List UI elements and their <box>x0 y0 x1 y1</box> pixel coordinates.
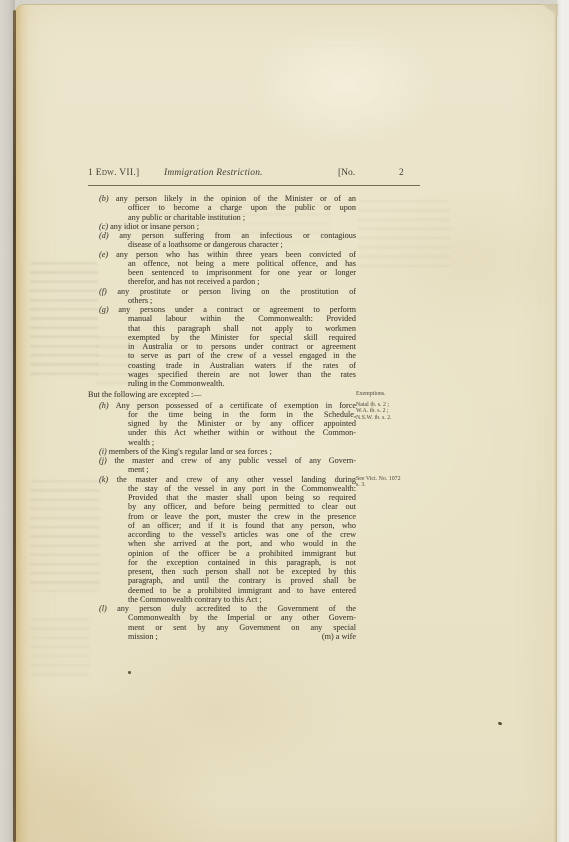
statute-line: (e) any person who has within three year… <box>88 250 356 259</box>
paragraph-label: (c) <box>99 222 110 231</box>
paragraph-label: (d) <box>99 231 119 240</box>
scanned-document-photo: 1 Edw. VII.] Immigration Restriction. [N… <box>0 0 569 842</box>
statute-line: for the time being in the form in the Sc… <box>88 410 356 419</box>
statute-line: according to the vessel's articles was o… <box>88 530 356 539</box>
statute-line: paragraph, and until the contrary is pro… <box>88 576 356 585</box>
statute-line: (i) members of the King's regular land o… <box>88 447 356 456</box>
statute-paragraph: (k) the master and crew of any other ves… <box>88 475 356 605</box>
paragraph-label: (f) <box>99 287 117 296</box>
statute-paragraph: (l) any person duly accredited to the Go… <box>88 604 356 641</box>
statute-paragraph: (c) any idiot or insane person ; <box>88 222 356 231</box>
statute-line: therefor, and has not received a pardon … <box>88 277 356 286</box>
statute-line: present, then such person shall not be e… <box>88 567 356 576</box>
page-right-background <box>557 0 569 842</box>
paragraph-label: (k) <box>99 475 117 484</box>
paragraph-label: (g) <box>99 305 118 314</box>
statute-line: to serve as part of the crew of a vessel… <box>88 351 356 360</box>
statute-line: coasting trade in Australian waters if t… <box>88 361 356 370</box>
page-number: 2 <box>399 168 404 178</box>
statute-paragraph: (e) any person who has within three year… <box>88 250 356 287</box>
statute-line: an offence, not being a mere political o… <box>88 259 356 268</box>
statute-line: in Australia or to persons under contrac… <box>88 342 356 351</box>
statute-line: (k) the master and crew of any other ves… <box>88 475 356 484</box>
paragraph-label: (l) <box>99 604 117 613</box>
statute-line: officer to become a charge upon the publ… <box>88 203 356 212</box>
statute-line: exempted by the Minister for special ski… <box>88 333 356 342</box>
paragraph-label: (j) <box>99 456 114 465</box>
statute-line: (m) a wifemission ; <box>88 632 356 641</box>
statute-line: But the following are excepted :— <box>88 390 356 399</box>
margin-note: Exemptions. <box>356 391 446 398</box>
margin-note-line: s. 3. <box>356 482 446 489</box>
statute-line: been sentenced to imprisonment for one y… <box>88 268 356 277</box>
header-rule <box>88 185 420 186</box>
running-header: 1 Edw. VII.] Immigration Restriction. [N… <box>88 168 420 192</box>
margin-note-line: Natal ib. s. 2 ; <box>356 402 446 409</box>
statute-line: ruling in the Commonwealth. <box>88 379 356 388</box>
paragraph-label: (h) <box>99 401 116 410</box>
statute-paragraph: (g) any persons under a contract or agre… <box>88 305 356 388</box>
ink-speck <box>128 671 131 674</box>
margin-note-line: N.S.W. ib. s. 2. <box>356 415 446 422</box>
statute-line: ment or sent by any Government on any sp… <box>88 623 356 632</box>
statute-line: manual labour within the Commonwealth: P… <box>88 314 356 323</box>
statute-line: that this paragraph shall not apply to w… <box>88 324 356 333</box>
paragraph-label: (e) <box>99 250 116 259</box>
statute-line: by any officer, and before being permitt… <box>88 502 356 511</box>
margin-note-line: See Vict. No. 1072 <box>356 476 446 483</box>
statute-line: under this Act whether within or without… <box>88 428 356 437</box>
statute-paragraph: (d) any person suffering from an infecti… <box>88 231 356 250</box>
statute-line: (d) any person suffering from an infecti… <box>88 231 356 240</box>
statute-line: deemed to be a prohibited immigrant and … <box>88 586 356 595</box>
statute-paragraph: (j) the master and crew of any public ve… <box>88 456 356 475</box>
statute-line: Provided that the master shall upon bein… <box>88 493 356 502</box>
statute-paragraph: (i) members of the King's regular land o… <box>88 447 356 456</box>
paragraph-label: (i) <box>99 447 109 456</box>
statute-line: from or leave the port, muster the crew … <box>88 512 356 521</box>
statute-line: signed by the Minister or by any officer… <box>88 419 356 428</box>
statute-line: when she arrived at the port, and who wo… <box>88 539 356 548</box>
statute-line: of an officer; and if it is found that a… <box>88 521 356 530</box>
statute-line: opinion of the officer be a prohibited i… <box>88 549 356 558</box>
statute-line: (f) any prostitute or person living on t… <box>88 287 356 296</box>
paragraph-label: (b) <box>99 194 116 203</box>
statute-line: the Commonwealth contrary to this Act ; <box>88 595 356 604</box>
statute-paragraph: (f) any prostitute or person living on t… <box>88 287 356 306</box>
statute-line: Commonwealth by the Imperial or any othe… <box>88 613 356 622</box>
statute-paragraph: (h) Any person possessed of a certificat… <box>88 401 356 447</box>
margin-note-line: W.A. ib. s. 2 ; <box>356 408 446 415</box>
statute-line: wealth ; <box>88 438 356 447</box>
regnal-year: 1 Edw. VII.] <box>88 168 140 178</box>
statute-line: the stay of the vessel in any port in th… <box>88 484 356 493</box>
statute-line: (c) any idiot or insane person ; <box>88 222 356 231</box>
statute-line: ment ; <box>88 465 356 474</box>
act-number-bracket: [No. <box>338 168 355 178</box>
statute-line: any public or charitable institution ; <box>88 213 356 222</box>
statute-line: wages specified therein are not lower th… <box>88 370 356 379</box>
statute-line: others ; <box>88 296 356 305</box>
statute-line: (j) the master and crew of any public ve… <box>88 456 356 465</box>
statute-line: (l) any person duly accredited to the Go… <box>88 604 356 613</box>
statute-body: (b) any person likely in the opinion of … <box>88 194 356 641</box>
margin-note: Natal ib. s. 2 ;W.A. ib. s. 2 ;N.S.W. ib… <box>356 402 446 422</box>
statute-line: disease of a loathsome or dangerous char… <box>88 240 356 249</box>
statute-line: for the exception contained in this para… <box>88 558 356 567</box>
act-short-title: Immigration Restriction. <box>164 168 263 178</box>
statute-line: (g) any persons under a contract or agre… <box>88 305 356 314</box>
statute-paragraph: (b) any person likely in the opinion of … <box>88 194 356 222</box>
margin-note: See Vict. No. 1072s. 3. <box>356 476 446 489</box>
statute-line: (h) Any person possessed of a certificat… <box>88 401 356 410</box>
statute-paragraph: But the following are excepted :—Exempti… <box>88 390 356 399</box>
margin-note-line: Exemptions. <box>356 391 446 398</box>
catchword: (m) a wife <box>322 632 356 641</box>
page-left-edge <box>13 10 16 842</box>
statute-line: (b) any person likely in the opinion of … <box>88 194 356 203</box>
